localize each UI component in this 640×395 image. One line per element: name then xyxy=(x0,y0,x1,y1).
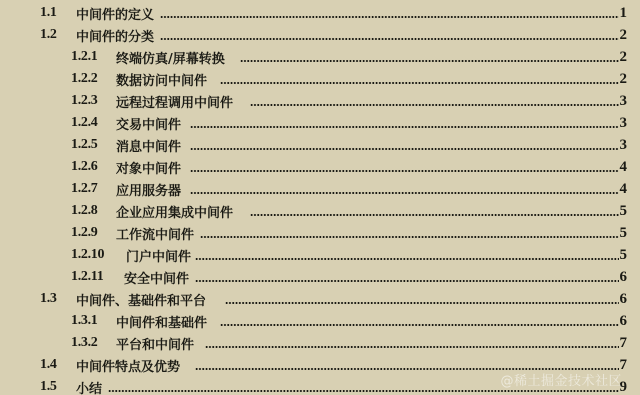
section-number: 1.3 xyxy=(40,291,57,307)
dot-leader xyxy=(220,324,620,326)
dot-leader xyxy=(190,170,620,172)
section-number: 1.2.6 xyxy=(71,159,98,175)
page-number: 7 xyxy=(619,335,628,352)
dot-leader xyxy=(200,236,620,238)
toc-entry-1-2[interactable]: 1.2 中间件的分类 2 xyxy=(0,24,640,46)
section-title: 企业应用集成中间件 xyxy=(116,202,234,221)
page-number: 1 xyxy=(619,5,628,22)
page-number: 3 xyxy=(619,115,628,132)
page-number: 2 xyxy=(619,27,628,44)
section-number: 1.2.7 xyxy=(71,181,98,197)
toc-entry-1-2-9[interactable]: 1.2.9 工作流中间件 5 xyxy=(0,222,640,244)
page-number: 5 xyxy=(619,247,628,264)
section-title: 消息中间件 xyxy=(116,136,182,155)
section-number: 1.3.1 xyxy=(71,313,98,329)
section-number: 1.2.3 xyxy=(71,93,98,109)
section-title: 终端仿真/屏幕转换 xyxy=(116,48,226,67)
dot-leader xyxy=(225,302,620,304)
toc-entry-1-2-1[interactable]: 1.2.1 终端仿真/屏幕转换 2 xyxy=(0,46,640,68)
dot-leader xyxy=(195,280,620,282)
dot-leader xyxy=(190,126,620,128)
dot-leader xyxy=(250,214,620,216)
toc-entry-1-2-7[interactable]: 1.2.7 应用服务器 4 xyxy=(0,178,640,200)
toc-entry-1-2-3[interactable]: 1.2.3 远程过程调用中间件 3 xyxy=(0,90,640,112)
toc-entry-1-3-2[interactable]: 1.3.2 平台和中间件 7 xyxy=(0,332,640,354)
section-number: 1.2.2 xyxy=(71,71,98,87)
section-title: 小结 xyxy=(76,378,103,395)
toc-entry-1-2-8[interactable]: 1.2.8 企业应用集成中间件 5 xyxy=(0,200,640,222)
toc-entry-1-2-5[interactable]: 1.2.5 消息中间件 3 xyxy=(0,134,640,156)
dot-leader xyxy=(195,258,620,260)
section-number: 1.5 xyxy=(40,379,57,395)
dot-leader xyxy=(205,346,620,348)
toc-entry-1-2-11[interactable]: 1.2.11 安全中间件 6 xyxy=(0,266,640,288)
section-title: 远程过程调用中间件 xyxy=(116,92,234,111)
section-number: 1.3.2 xyxy=(71,335,98,351)
section-title: 中间件和基础件 xyxy=(116,312,208,331)
dot-leader xyxy=(108,390,620,392)
dot-leader xyxy=(160,38,620,40)
toc-entry-1-2-10[interactable]: 1.2.10 门户中间件 5 xyxy=(0,244,640,266)
section-title: 门户中间件 xyxy=(126,246,192,265)
section-title: 中间件特点及优势 xyxy=(76,356,181,375)
page-number: 6 xyxy=(619,313,628,330)
section-number: 1.2.1 xyxy=(71,49,98,65)
section-number: 1.2.11 xyxy=(71,269,103,285)
section-number: 1.2.8 xyxy=(71,203,98,219)
section-title: 中间件的定义 xyxy=(76,4,155,23)
section-number: 1.2.9 xyxy=(71,225,98,241)
page-number: 2 xyxy=(619,49,628,66)
section-title: 中间件的分类 xyxy=(76,26,155,45)
section-number: 1.2.4 xyxy=(71,115,98,131)
toc-entry-1-3[interactable]: 1.3 中间件、基础件和平台 6 xyxy=(0,288,640,310)
section-title: 交易中间件 xyxy=(116,114,182,133)
dot-leader xyxy=(240,60,620,62)
section-title: 数据访问中间件 xyxy=(116,70,208,89)
toc-entry-1-2-4[interactable]: 1.2.4 交易中间件 3 xyxy=(0,112,640,134)
section-number: 1.1 xyxy=(40,5,57,21)
page-number: 5 xyxy=(619,203,628,220)
section-number: 1.2.10 xyxy=(71,247,104,263)
toc-entry-1-2-2[interactable]: 1.2.2 数据访问中间件 2 xyxy=(0,68,640,90)
section-number: 1.2 xyxy=(40,27,57,43)
dot-leader xyxy=(250,104,620,106)
toc-entry-1-1[interactable]: 1.1 中间件的定义 1 xyxy=(0,2,640,24)
section-title: 工作流中间件 xyxy=(116,224,195,243)
dot-leader xyxy=(190,192,620,194)
page-number: 2 xyxy=(619,71,628,88)
page-number: 3 xyxy=(619,137,628,154)
page-number: 3 xyxy=(619,93,628,110)
watermark: @稀土掘金技术社区 xyxy=(500,370,622,389)
page-number: 4 xyxy=(619,159,628,176)
page-number: 6 xyxy=(619,291,628,308)
dot-leader xyxy=(160,16,620,18)
section-title: 中间件、基础件和平台 xyxy=(76,290,207,309)
section-number: 1.4 xyxy=(40,357,57,373)
section-title: 平台和中间件 xyxy=(116,334,195,353)
section-title: 安全中间件 xyxy=(124,268,190,287)
dot-leader xyxy=(220,82,620,84)
dot-leader xyxy=(190,148,620,150)
toc-entry-1-3-1[interactable]: 1.3.1 中间件和基础件 6 xyxy=(0,310,640,332)
page-number: 6 xyxy=(619,269,628,286)
page-number: 5 xyxy=(619,225,628,242)
section-number: 1.2.5 xyxy=(71,137,98,153)
section-title: 对象中间件 xyxy=(116,158,182,177)
section-title: 应用服务器 xyxy=(116,180,182,199)
toc-entry-1-2-6[interactable]: 1.2.6 对象中间件 4 xyxy=(0,156,640,178)
page-number: 4 xyxy=(619,181,628,198)
